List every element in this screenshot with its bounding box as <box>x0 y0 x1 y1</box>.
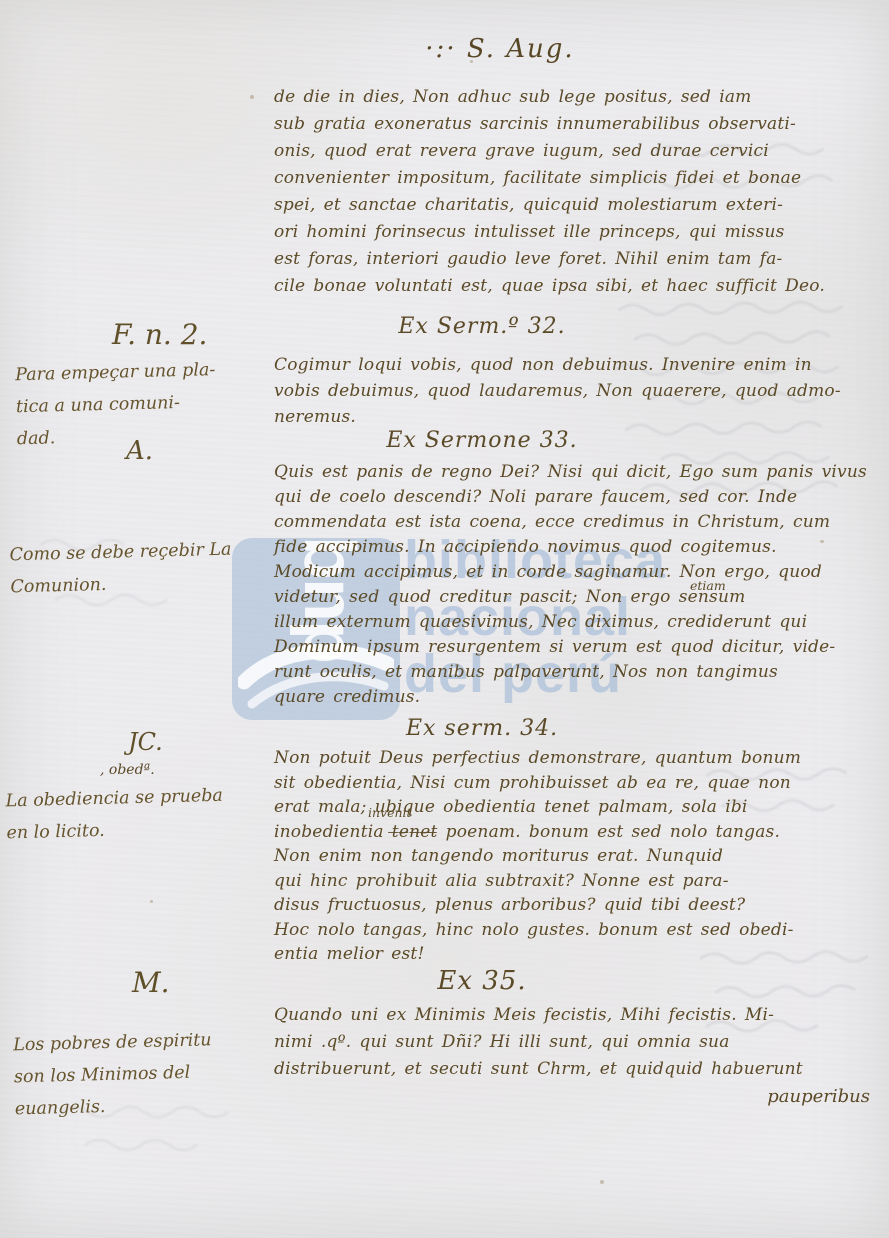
margin-siglum-m: M. <box>132 966 170 999</box>
latin-paragraph-serm-33: Quis est panis de regno Dei? Nisi qui di… <box>274 460 880 710</box>
latin-paragraph-serm-32: Cogimur loqui vobis, quod non debuimus. … <box>274 352 880 430</box>
page-header: ·:· S. Aug. <box>300 34 700 64</box>
latin-paragraph-serm-34: Non potuit Deus perfectius demonstrare, … <box>274 746 880 967</box>
catchword: pauperibus <box>640 1086 870 1107</box>
margin-siglum-a: A. <box>126 436 153 466</box>
paper-speck <box>150 900 153 903</box>
section-heading-ex-serm-34: Ex serm. 34. <box>272 716 692 741</box>
margin-siglum-fn2: F. n. 2. <box>112 318 207 351</box>
paper-speck <box>600 1180 604 1184</box>
interlinear-insertion-etiam: etiam <box>690 578 726 593</box>
margin-note-comunion: Como se debe reçebir La Comunion. <box>9 533 271 604</box>
margin-siglum-jc: JC. <box>128 728 163 756</box>
margin-insertion-obeda: , obedª. <box>100 762 155 778</box>
margin-note-pobres: Los pobres de espiritu son los Minimos d… <box>13 1023 275 1126</box>
margin-note-obediencia: La obediencia se prueba en lo licito. <box>5 779 269 850</box>
section-heading-ex-serm-32: Ex Serm.º 32. <box>272 314 692 339</box>
section-heading-ex-35: Ex 35. <box>272 966 692 996</box>
latin-paragraph-serm-35: Quando uni ex Minimis Meis fecistis, Mih… <box>274 1002 880 1083</box>
latin-paragraph-opening: de die in dies, Non adhuc sub lege posit… <box>274 84 880 300</box>
paper-speck <box>250 95 254 99</box>
interlinear-insertion-invenit: invenit <box>368 805 412 820</box>
manuscript-page: bnp biblioteca nacional del perú ·:· S. … <box>0 0 889 1238</box>
section-heading-ex-sermone-33: Ex Sermone 33. <box>272 428 692 453</box>
